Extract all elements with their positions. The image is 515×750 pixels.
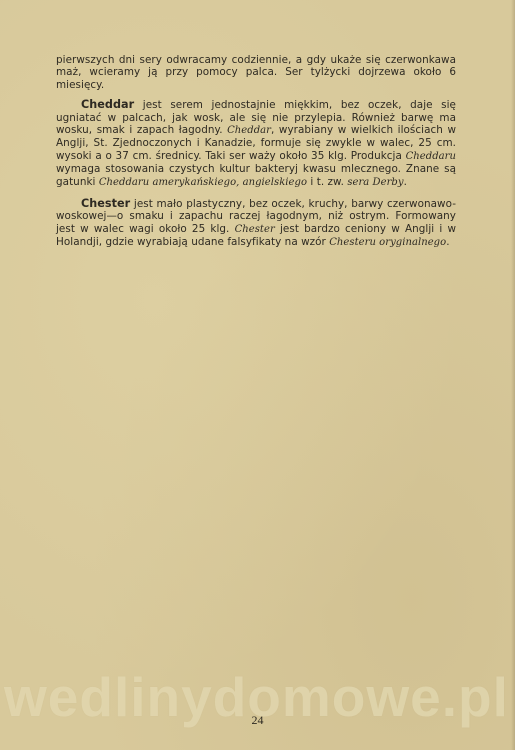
text-segment: . <box>404 176 407 188</box>
term-chester: Chester <box>81 197 130 210</box>
italic-term: sera Derby <box>347 177 403 188</box>
body-text: pierwszych dni sery odwracamy codziennie… <box>56 54 456 250</box>
italic-term: Cheddaru <box>406 151 456 162</box>
paragraph-cheddar: Cheddar jest serem jednostajnie miękkim,… <box>56 99 456 189</box>
paragraph-chester: Chester jest mało plastyczny, bez oczek,… <box>56 198 456 250</box>
italic-term: Cheddaru amerykańskiego, angielskiego <box>99 177 307 188</box>
text-segment: . <box>446 236 449 248</box>
page-edge-shadow <box>511 0 515 750</box>
italic-term: Cheddar <box>227 125 271 136</box>
text-segment: i t. zw. <box>307 176 347 188</box>
italic-term: Chesteru oryginalnego <box>329 237 446 248</box>
term-cheddar: Cheddar <box>81 98 134 111</box>
italic-term: Chester <box>235 224 275 235</box>
text-segment: pierwszych dni sery odwracamy codziennie… <box>56 54 456 91</box>
paragraph-continuation: pierwszych dni sery odwracamy codziennie… <box>56 54 456 91</box>
book-page: pierwszych dni sery odwracamy codziennie… <box>0 0 515 750</box>
page-number: 24 <box>0 713 515 728</box>
